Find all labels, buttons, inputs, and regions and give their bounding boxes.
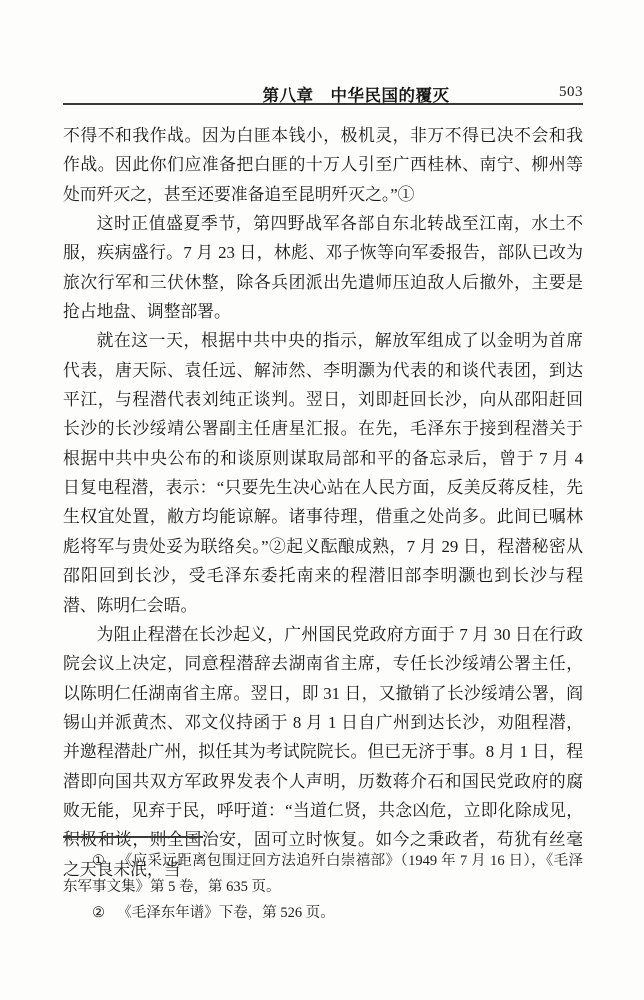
book-page: 第八章 中华民国的覆灭 503 不得不和我作战。因为白匪本钱小，极机灵，非万不得… [0, 0, 644, 1000]
footnote-separator [63, 836, 203, 838]
footnote-marker: ② [92, 905, 105, 921]
page-number: 503 [559, 84, 583, 101]
paragraph: 为阻止程潜在长沙起义，广州国民党政府方面于 7 月 30 日在行政院会议上决定，… [63, 620, 583, 884]
footnote: ①《应采远距离包围迂回方法追歼白崇禧部》（1949 年 7 月 16 日），《毛… [63, 848, 583, 900]
paragraph-continued: 不得不和我作战。因为白匪本钱小，极机灵，非万不得已决不会和我作战。因此你们应准备… [63, 121, 583, 209]
footnotes: ①《应采远距离包围迂回方法追歼白崇禧部》（1949 年 7 月 16 日），《毛… [63, 848, 583, 926]
footnote-text: 《毛泽东年谱》下卷，第 526 页。 [117, 905, 335, 921]
running-header: 第八章 中华民国的覆灭 503 [63, 82, 583, 104]
paragraph: 这时正值盛夏季节，第四野战军各部自东北转战至江南，水土不服，疾病盛行。7 月 2… [63, 209, 583, 326]
footnote-marker: ① [92, 853, 105, 869]
page-body: 不得不和我作战。因为白匪本钱小，极机灵，非万不得已决不会和我作战。因此你们应准备… [63, 121, 583, 884]
paragraph: 就在这一天，根据中共中央的指示，解放军组成了以金明为首席代表，唐天际、袁任远、解… [63, 326, 583, 619]
footnote: ②《毛泽东年谱》下卷，第 526 页。 [63, 900, 583, 926]
footnote-text: 《应采远距离包围迂回方法追歼白崇禧部》（1949 年 7 月 16 日），《毛泽… [63, 853, 583, 895]
header-rule [63, 103, 583, 105]
